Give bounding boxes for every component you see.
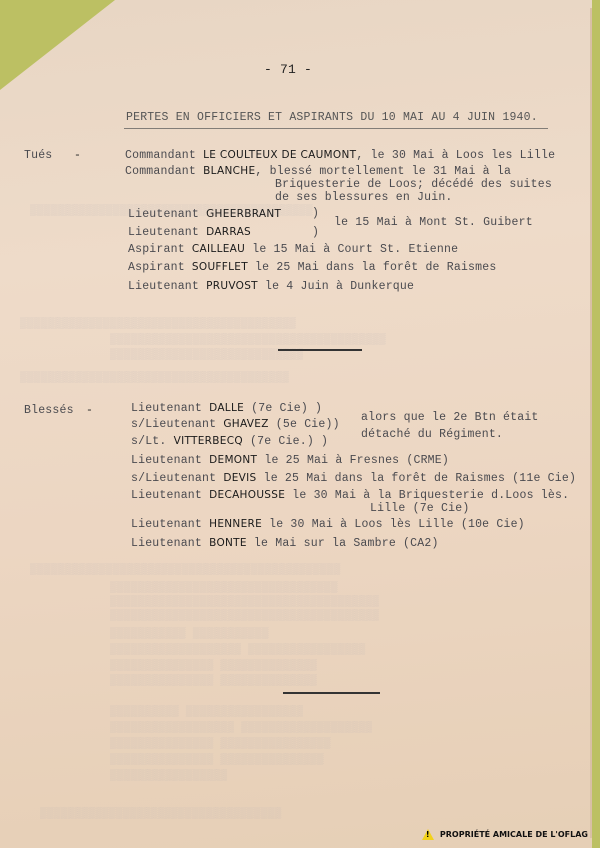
bleed-through-text: ▒▒▒▒▒▒▒▒▒▒▒▒▒▒▒▒▒▒▒▒▒▒▒▒▒▒▒▒▒▒▒▒▒▒▒▒▒▒▒▒… (30, 564, 600, 576)
section-dash: - (74, 149, 81, 162)
bleed-through-text: ▒▒▒▒▒▒▒▒▒▒ ▒▒▒▒▒▒▒▒▒▒▒▒▒▒▒▒▒ (110, 706, 600, 718)
bleed-through-text: ▒▒▒▒▒▒▒▒▒▒▒▒▒▒▒▒▒▒▒ ▒▒▒▒▒▒▒▒▒▒▒▒▒▒▒▒▒ (110, 644, 600, 656)
bleed-through-text: ▒▒▒▒▒▒▒▒▒▒▒▒▒▒▒ ▒▒▒▒▒▒▒▒▒▒▒▒▒▒▒ (110, 754, 600, 766)
list-item: Lieutenant DECAHOUSSE le 30 Mai à la Bri… (131, 489, 569, 502)
group-note: alors que le 2e Btn était (361, 411, 539, 424)
list-item: Lieutenant BONTE le Mai sur la Sambre (C… (131, 537, 439, 550)
watermark-text: PROPRIÉTÉ AMICALE DE L'OFLAG (440, 830, 588, 839)
section-divider (283, 692, 380, 694)
list-item: Commandant LE COULTEUX DE CAUMONT, le 30… (125, 149, 555, 162)
bleed-through-text: ▒▒▒▒▒▒▒▒▒▒▒▒▒▒▒▒▒▒ ▒▒▒▒▒▒▒▒▒▒▒▒▒▒▒▒▒▒▒ (110, 722, 600, 734)
bleed-through-text: ▒▒▒▒▒▒▒▒▒▒▒▒▒▒▒▒▒ (110, 770, 600, 782)
list-item-continuation: Briquesterie de Loos; décédé des suites (275, 178, 552, 191)
section-label-tues: Tués (24, 149, 52, 162)
list-item: Lieutenant DALLE (7e Cie) ) (131, 402, 322, 415)
list-item-continuation: de ses blessures en Juin. (275, 191, 453, 204)
ownership-watermark: PROPRIÉTÉ AMICALE DE L'OFLAG (422, 829, 588, 840)
page-number: - 71 - (264, 62, 312, 77)
title-underline (124, 128, 548, 129)
bleed-through-text: ▒▒▒▒▒▒▒▒▒▒▒▒▒▒▒▒▒▒▒▒▒▒▒▒▒▒▒▒▒▒▒▒▒ (110, 582, 600, 594)
warning-icon (422, 829, 434, 840)
bleed-through-text: ▒▒▒▒▒▒▒▒▒▒▒▒▒▒▒▒▒▒▒▒▒▒▒▒▒▒▒▒▒▒▒▒▒▒▒▒▒▒▒ (110, 596, 600, 608)
list-item: Lieutenant PRUVOST le 4 Juin à Dunkerque (128, 280, 414, 293)
bleed-through-text: ▒▒▒▒▒▒▒▒▒▒▒▒▒▒▒ ▒▒▒▒▒▒▒▒▒▒▒▒▒▒▒▒ (110, 738, 600, 750)
section-divider (278, 349, 362, 351)
group-note: détaché du Régiment. (361, 428, 503, 441)
bleed-through-text: ▒▒▒▒▒▒▒▒▒▒▒▒▒▒▒▒▒▒▒▒▒▒▒▒▒▒▒▒▒▒▒▒▒▒▒▒▒▒▒ (20, 372, 600, 384)
bleed-through-text: ▒▒▒▒▒▒▒▒▒▒▒▒▒▒▒▒▒▒▒▒▒▒▒▒▒▒▒▒▒▒▒▒▒▒▒ (40, 808, 600, 820)
page-title: PERTES EN OFFICIERS ET ASPIRANTS DU 10 M… (126, 111, 538, 124)
background-strip (592, 0, 600, 848)
bleed-through-text: ▒▒▒▒▒▒▒▒▒▒▒▒▒▒▒▒▒▒▒▒▒▒▒▒▒▒▒▒▒▒▒▒▒▒▒▒▒▒▒ (110, 610, 600, 622)
bleed-through-text: ▒▒▒▒▒▒▒▒▒▒▒▒▒▒▒▒▒▒▒▒▒▒▒▒▒▒▒▒▒▒▒▒▒▒▒▒▒▒▒▒ (20, 318, 600, 330)
bleed-through-text: ▒▒▒▒▒▒▒▒▒▒▒▒▒▒▒▒▒▒▒▒▒▒▒▒▒▒▒▒▒▒▒▒▒▒▒▒▒▒▒▒ (110, 334, 600, 346)
list-item: Lieutenant GHEERBRANT (128, 208, 281, 221)
group-note: le 15 Mai à Mont St. Guibert (334, 216, 533, 229)
list-item: s/Lieutenant DEVIS le 25 Mai dans la for… (131, 472, 576, 485)
list-item: s/Lt. VITTERBECQ (7e Cie.) ) (131, 435, 328, 448)
bleed-through-text: ▒▒▒▒▒▒▒▒▒▒▒▒▒▒▒ ▒▒▒▒▒▒▒▒▒▒▒▒▒▒ (110, 660, 600, 672)
list-item: Commandant BLANCHE, blessé mortellement … (125, 165, 511, 178)
document-page: ▒▒▒▒▒▒▒▒▒▒▒▒▒▒▒▒▒▒▒▒▒▒▒▒▒▒▒▒▒▒▒▒▒▒▒▒▒▒▒▒… (0, 0, 600, 848)
list-item: Lieutenant DARRAS (128, 226, 251, 239)
list-item: Aspirant CAILLEAU le 15 Mai à Court St. … (128, 243, 458, 256)
list-item: Lieutenant DEMONT le 25 Mai à Fresnes (C… (131, 454, 449, 467)
list-item: s/Lieutenant GHAVEZ (5e Cie)) (131, 418, 340, 431)
list-item: Aspirant SOUFFLET le 25 Mai dans la forê… (128, 261, 496, 274)
list-item: Lieutenant HENNERE le 30 Mai à Loos lès … (131, 518, 525, 531)
section-dash: - (86, 404, 93, 417)
bleed-through-text: ▒▒▒▒▒▒▒▒▒▒▒▒▒▒▒ ▒▒▒▒▒▒▒▒▒▒▒▒▒▒ (110, 675, 600, 687)
list-item-continuation: Lille (7e Cie) (370, 502, 469, 515)
bracket: ) (312, 207, 319, 220)
bleed-through-text: ▒▒▒▒▒▒▒▒▒▒▒ ▒▒▒▒▒▒▒▒▒▒▒ (110, 628, 600, 640)
section-label-blesses: Blessés (24, 404, 74, 417)
bracket: ) (312, 226, 319, 239)
